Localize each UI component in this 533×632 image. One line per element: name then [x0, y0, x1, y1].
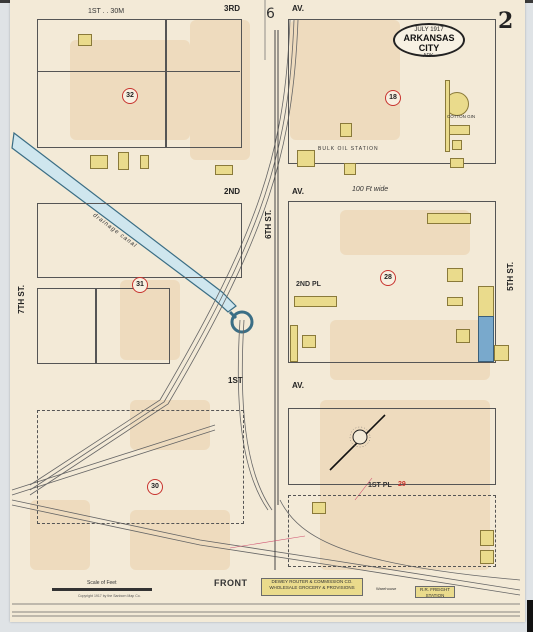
building[interactable]: [78, 34, 92, 46]
scale-bar: [52, 588, 152, 591]
block-number-31[interactable]: 31: [132, 277, 148, 293]
third-av-label: 3RD: [224, 4, 240, 13]
building[interactable]: [90, 155, 108, 169]
fifth-st-label: 5TH ST.: [506, 262, 515, 291]
second-av-suffix: AV.: [292, 187, 304, 196]
second-av-width: 100 Ft wide: [352, 186, 388, 193]
block-number-29[interactable]: 29: [398, 481, 406, 488]
building[interactable]: [344, 163, 356, 175]
block-31-mid: [95, 288, 170, 364]
map-state: ARK.: [395, 53, 463, 59]
first-av-label: 1ST: [228, 376, 243, 385]
building[interactable]: [452, 140, 462, 150]
first-av-suffix: AV.: [292, 381, 304, 390]
building[interactable]: [456, 329, 470, 343]
copyright-text: Copyright 1917 by the Sanborn Map Co.: [78, 594, 141, 598]
building[interactable]: [478, 286, 494, 318]
building[interactable]: [312, 502, 326, 514]
map-title: ARKANSAS CITY: [395, 33, 463, 53]
building[interactable]: [118, 152, 129, 170]
seventh-st-label: 7TH ST.: [17, 285, 26, 314]
building-bulk-oil[interactable]: [297, 150, 315, 167]
second-pl-label: 2ND PL: [296, 281, 321, 288]
block-30: [37, 410, 244, 524]
building[interactable]: [340, 123, 352, 137]
sixth-st-label: 6TH ST.: [264, 210, 273, 239]
building-stone[interactable]: [478, 316, 494, 362]
sheet-number: 2: [498, 8, 513, 34]
warehouse-label: Warehouse: [376, 586, 396, 591]
block-32-east: [165, 19, 242, 148]
building-row[interactable]: [294, 296, 337, 307]
third-av-suffix: AV.: [292, 4, 304, 13]
building[interactable]: [480, 550, 494, 564]
building[interactable]: [290, 325, 298, 362]
bulk-oil-station-label: BULK OIL STATION: [318, 146, 379, 152]
building[interactable]: [494, 345, 509, 361]
building[interactable]: [447, 268, 463, 282]
first-pl-label: 1ST PL: [368, 482, 392, 489]
building[interactable]: [480, 530, 494, 546]
scale-label: Scale of Feet: [87, 580, 116, 586]
block-32-west: [37, 19, 167, 148]
block-29-north: [288, 408, 496, 485]
block-number-28[interactable]: 28: [380, 270, 396, 286]
freight-station-label[interactable]: R.R. FREIGHT STATION: [415, 586, 455, 598]
block-32-divider: [37, 71, 240, 72]
block-31-west: [37, 288, 97, 364]
building-row[interactable]: [427, 213, 471, 224]
second-av-label: 2ND: [224, 187, 240, 196]
building[interactable]: [215, 165, 233, 175]
canal-block: [37, 203, 242, 278]
adjacent-sheet-number[interactable]: 6: [266, 6, 275, 22]
building[interactable]: [447, 297, 463, 306]
front-street-label: FRONT: [214, 578, 248, 588]
building[interactable]: [302, 335, 316, 348]
building[interactable]: [140, 155, 149, 169]
block-number-30[interactable]: 30: [147, 479, 163, 495]
building[interactable]: [450, 158, 464, 168]
wholesale-grocer-label[interactable]: DEWEY ROUTER & COMMISSION CO. WHOLESALE …: [261, 578, 363, 596]
block-number-18[interactable]: 18: [385, 90, 401, 106]
top-street-label: 1ST . . 30M: [88, 8, 124, 15]
map-title-cartouche: JULY 1917 ARKANSAS CITY ARK.: [393, 23, 465, 57]
cotton-gin-label: COTTON GIN: [447, 114, 475, 119]
block-number-32[interactable]: 32: [122, 88, 138, 104]
